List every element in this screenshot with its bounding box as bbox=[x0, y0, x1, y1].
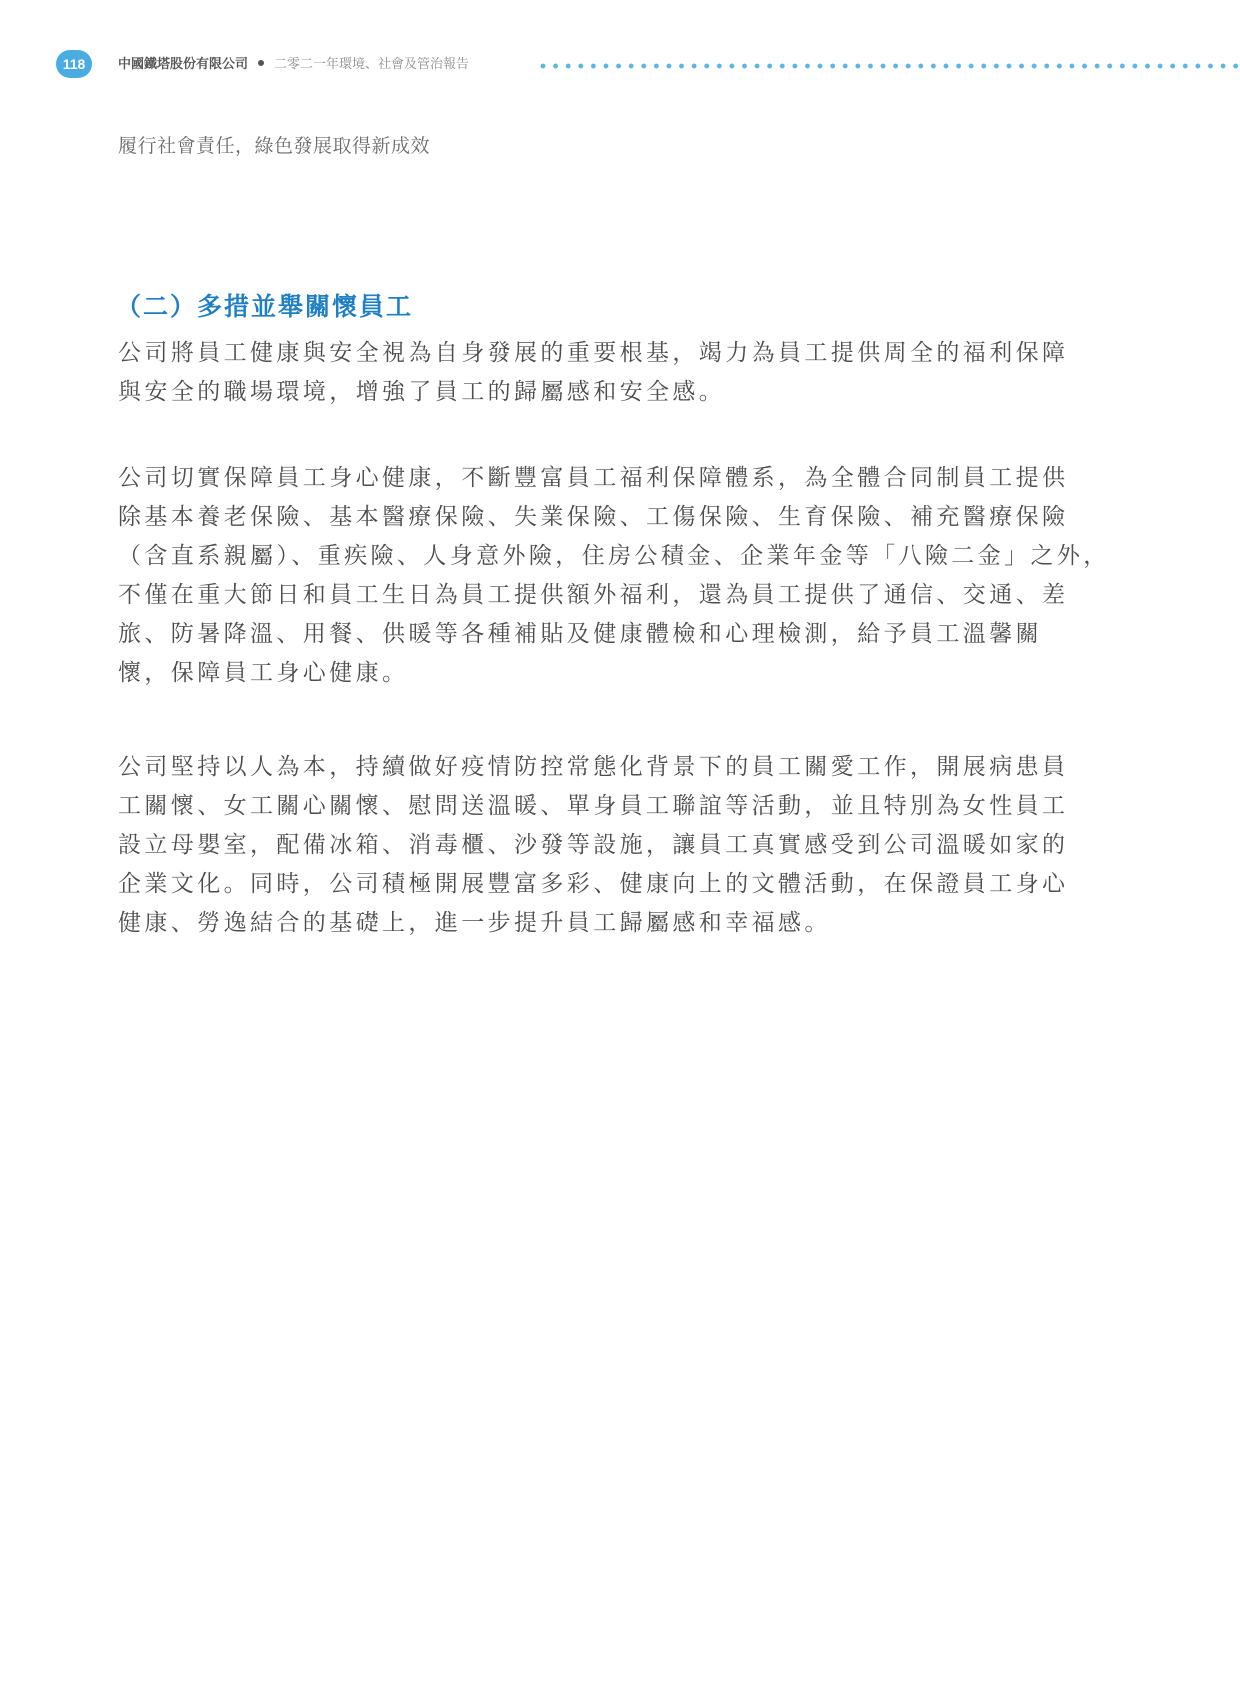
paragraph-line: 公司切實保障員工身心健康，不斷豐富員工福利保障體系，為全體合同制員工提供 bbox=[118, 459, 1058, 498]
dotted-rule-divider bbox=[540, 63, 1240, 69]
paragraph-line: 不僅在重大節日和員工生日為員工提供額外福利，還為員工提供了通信、交通、差 bbox=[118, 576, 1058, 615]
paragraph-employee-care-activities: 公司堅持以人為本，持續做好疫情防控常態化背景下的員工關愛工作，開展病患員 工關懷… bbox=[118, 748, 1058, 943]
section-heading: （二）多措並舉關懷員工 bbox=[116, 290, 413, 324]
paragraph-employee-welfare: 公司切實保障員工身心健康，不斷豐富員工福利保障體系，為全體合同制員工提供 除基本… bbox=[118, 459, 1058, 693]
paragraph-line: 公司將員工健康與安全視為自身發展的重要根基，竭力為員工提供周全的福利保障 bbox=[118, 334, 1058, 373]
running-header: 中國鐵塔股份有限公司二零二一年環境、社會及管治報告 bbox=[118, 56, 469, 74]
paragraph-line: 工關懷、女工關心關懷、慰問送溫暖、單身員工聯誼等活動，並且特別為女性員工 bbox=[118, 787, 1058, 826]
report-title: 二零二一年環境、社會及管治報告 bbox=[274, 57, 469, 72]
paragraph-line: 公司堅持以人為本，持續做好疫情防控常態化背景下的員工關愛工作，開展病患員 bbox=[118, 748, 1058, 787]
paragraph-line: 懷，保障員工身心健康。 bbox=[118, 654, 1058, 693]
paragraph-line: 旅、防暑降溫、用餐、供暖等各種補貼及健康體檢和心理檢測，給予員工溫馨關 bbox=[118, 615, 1058, 654]
page-header: 118 中國鐵塔股份有限公司二零二一年環境、社會及管治報告 bbox=[0, 0, 1240, 130]
bullet-separator-icon bbox=[258, 60, 264, 66]
company-name: 中國鐵塔股份有限公司 bbox=[118, 57, 248, 72]
paragraph-line: 除基本養老保險、基本醫療保險、失業保險、工傷保險、生育保險、補充醫療保險 bbox=[118, 498, 1058, 537]
section-subtitle: 履行社會責任，綠色發展取得新成效 bbox=[118, 133, 430, 159]
paragraph-line: 設立母嬰室，配備冰箱、消毒櫃、沙發等設施，讓員工真實感受到公司溫暖如家的 bbox=[118, 826, 1058, 865]
paragraph-line: 企業文化。同時，公司積極開展豐富多彩、健康向上的文體活動，在保證員工身心 bbox=[118, 865, 1058, 904]
paragraph-line: （含直系親屬）、重疾險、人身意外險，住房公積金、企業年金等「八險二金」之外， bbox=[118, 537, 1058, 576]
paragraph-employee-safety: 公司將員工健康與安全視為自身發展的重要根基，竭力為員工提供周全的福利保障 與安全… bbox=[118, 334, 1058, 412]
paragraph-line: 與安全的職場環境，增強了員工的歸屬感和安全感。 bbox=[118, 373, 1058, 412]
paragraph-line: 健康、勞逸結合的基礎上，進一步提升員工歸屬感和幸福感。 bbox=[118, 904, 1058, 943]
page-number-badge: 118 bbox=[56, 50, 92, 78]
